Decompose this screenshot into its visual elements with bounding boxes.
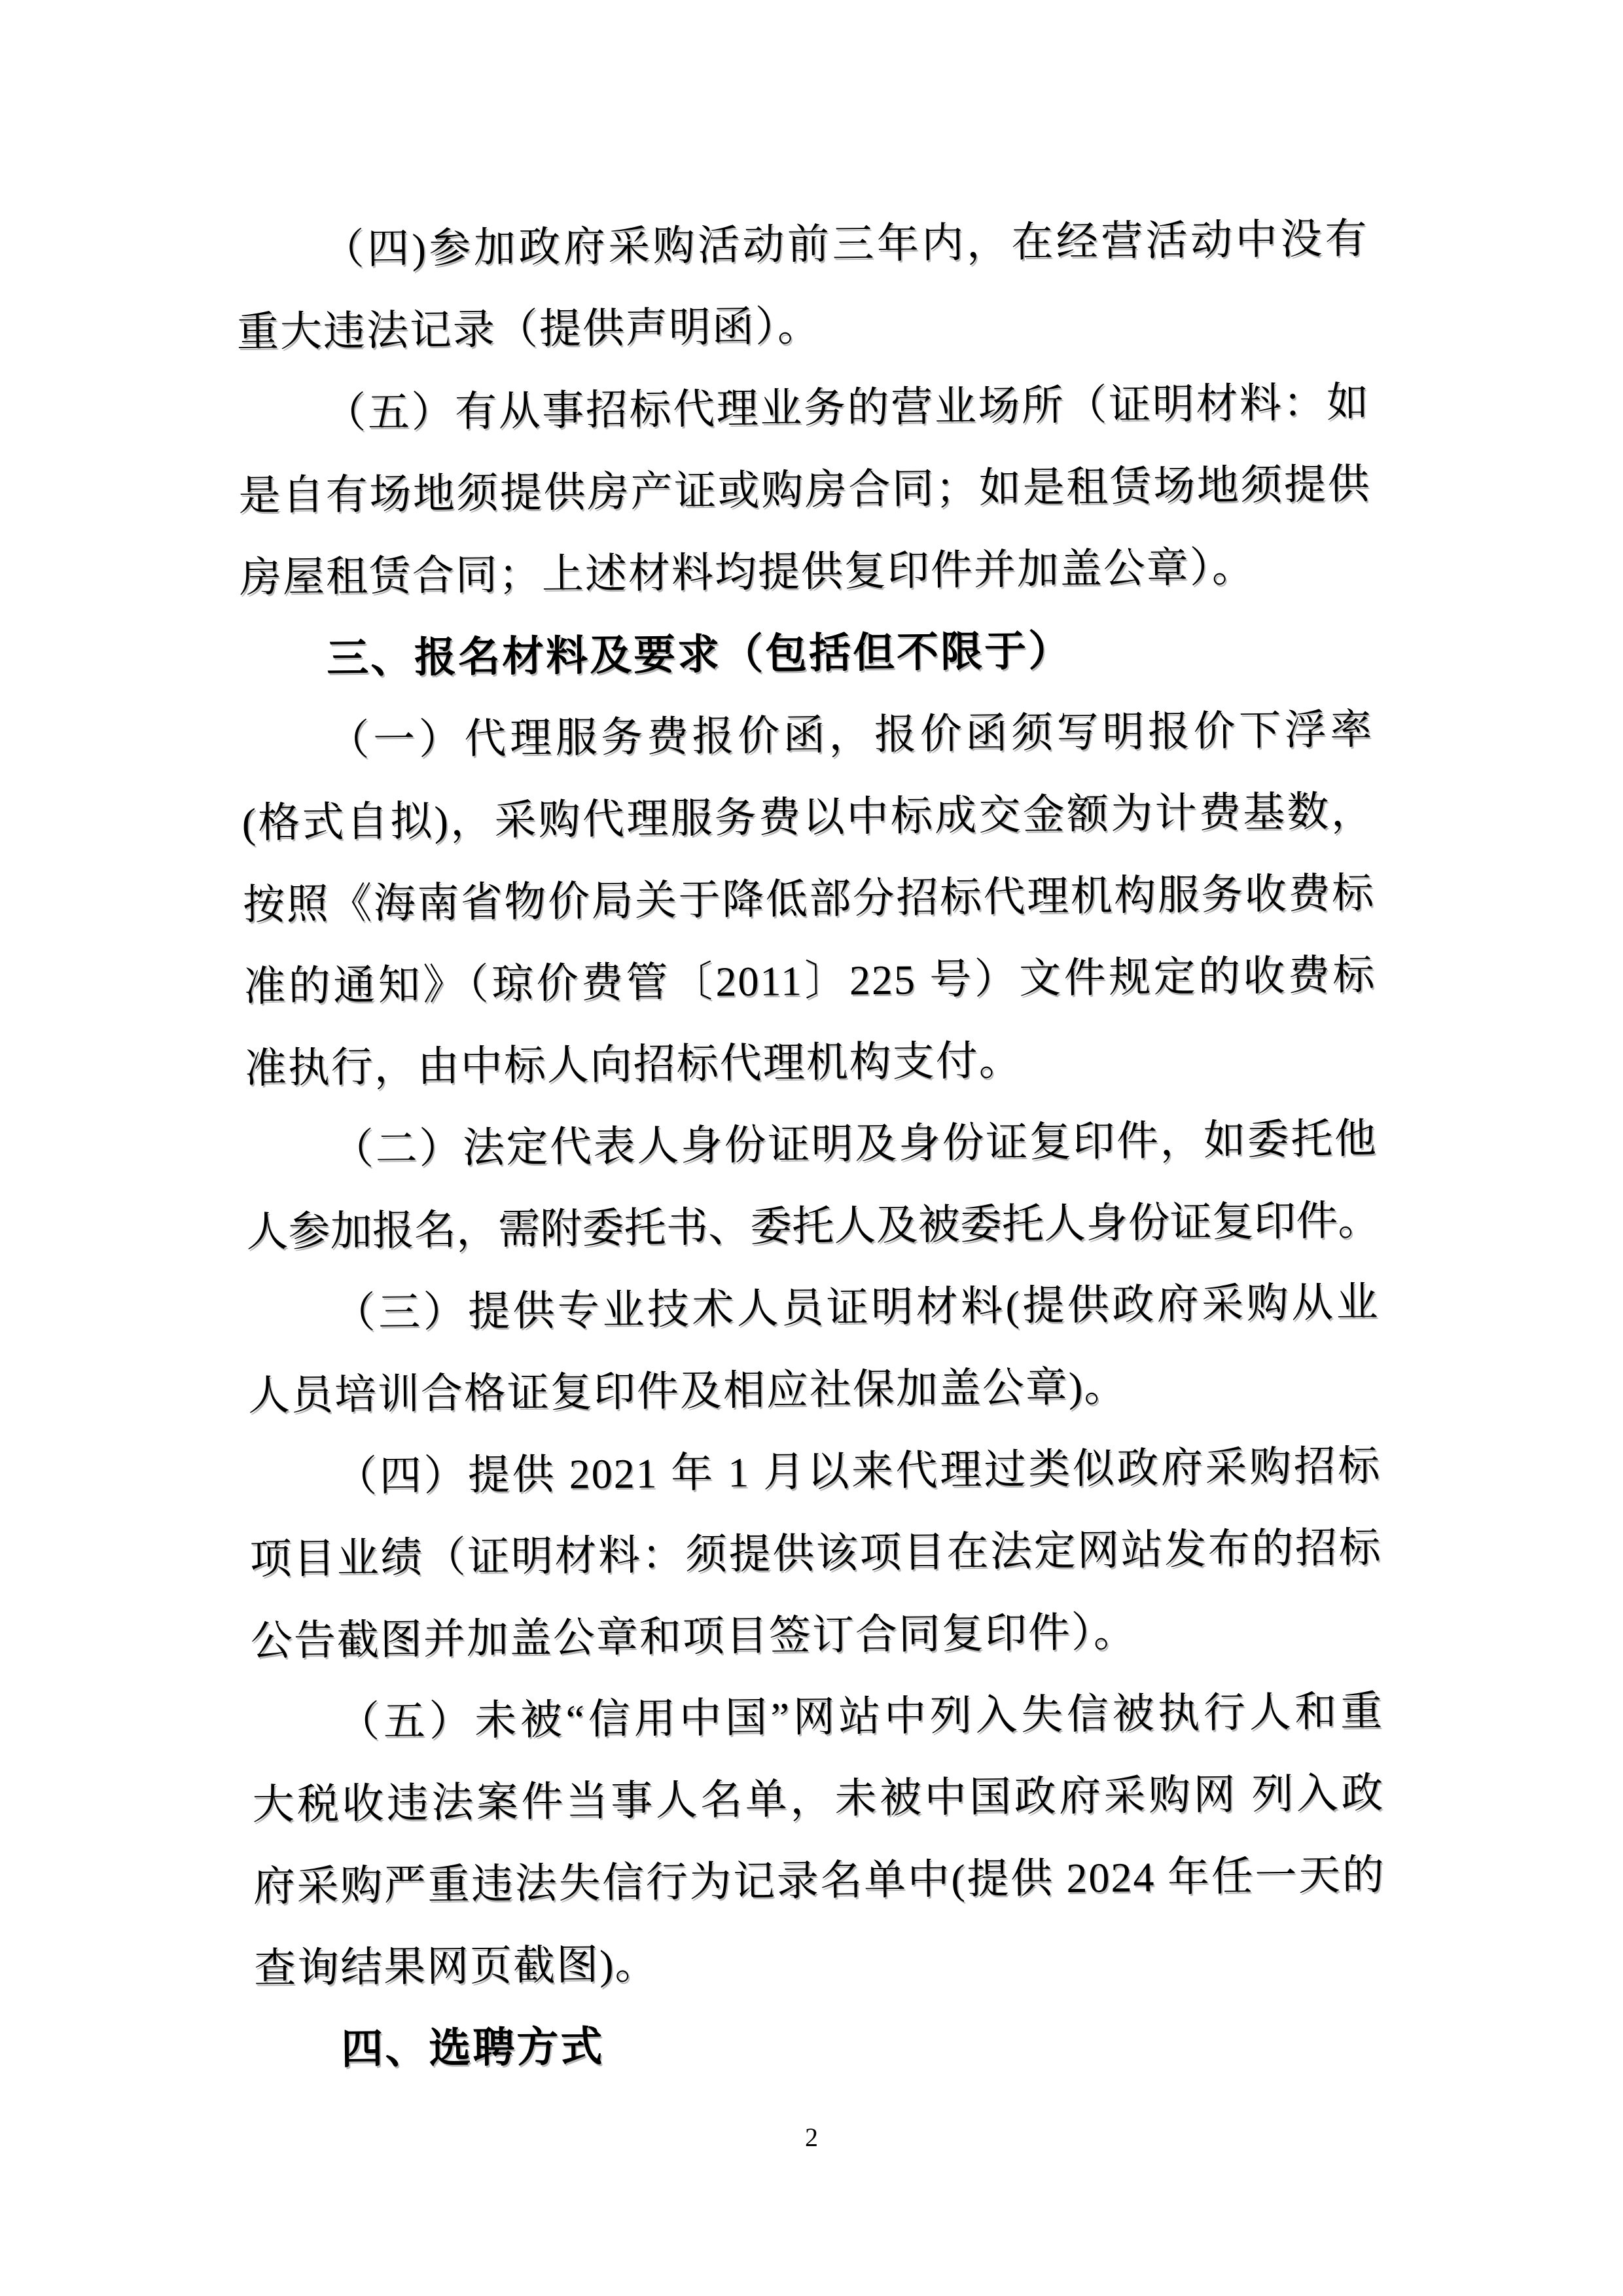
section-heading-4: 四、选聘方式 (255, 1998, 1387, 2091)
paragraph-line: （五）有从事招标代理业务的营业场所（证明材料：如 (238, 361, 1370, 455)
paragraph-line: （三）提供专业技术人员证明材料(提供政府采购从业 (247, 1261, 1380, 1355)
paragraph-line: （四）提供 2021 年 1 月以来代理过类似政府采购招标 (249, 1425, 1382, 1518)
paragraph-line: （五）未被“信用中国”网站中列入失信被执行人和重 (251, 1670, 1384, 1764)
paragraph-line: 准的通知》（琼价费管〔2011〕225 号）文件规定的收费标 (243, 934, 1376, 1028)
paragraph-line: （四)参加政府采购活动前三年内，在经营活动中没有 (236, 198, 1368, 291)
paragraph-line: 是自有场地须提供房产证或购房合同；如是租赁场地须提供 (238, 443, 1371, 537)
paragraph-line: 项目业绩（证明材料：须提供该项目在法定网站发布的招标 (249, 1507, 1382, 1600)
paragraph-line: （二）法定代表人身份证明及身份证复印件，如委托他 (245, 1098, 1378, 1191)
paragraph-line: 按照《海南省物价局关于降低部分招标代理机构服务收费标 (242, 852, 1375, 946)
page-number: 2 (0, 2122, 1623, 2153)
paragraph-line: 府采购严重违法失信行为记录名单中(提供 2024 年任一天的 (253, 1834, 1385, 1928)
paragraph-line: (格式自拟)，采购代理服务费以中标成交金额为计费基数， (241, 770, 1374, 864)
paragraph-line: 人参加报名，需附委托书、委托人及被委托人身份证复印件。 (246, 1179, 1379, 1273)
document-page: （四)参加政府采购活动前三年内，在经营活动中没有 重大违法记录（提供声明函）。 … (0, 0, 1623, 2296)
paragraph-line: 人员培训合格证复印件及相应社保加盖公章)。 (247, 1343, 1380, 1437)
paragraph-line: 大税收违法案件当事人名单，未被中国政府采购网 列入政 (252, 1752, 1385, 1846)
document-text-block: （四)参加政府采购活动前三年内，在经营活动中没有 重大违法记录（提供声明函）。 … (236, 198, 1387, 2091)
paragraph-line: 准执行，由中标人向招标代理机构支付。 (244, 1016, 1377, 1109)
paragraph-line: 重大违法记录（提供声明函）。 (236, 279, 1369, 373)
paragraph-line: 公告截图并加盖公章和项目签订合同复印件）。 (250, 1588, 1383, 1682)
paragraph-line: 查询结果网页截图)。 (253, 1916, 1386, 2009)
paragraph-line: 房屋租赁合同；上述材料均提供复印件并加盖公章）。 (239, 525, 1372, 619)
paragraph-line: （一）代理服务费报价函，报价函须写明报价下浮率 (241, 689, 1374, 782)
section-heading-3: 三、报名材料及要求（包括但不限于） (240, 607, 1373, 700)
